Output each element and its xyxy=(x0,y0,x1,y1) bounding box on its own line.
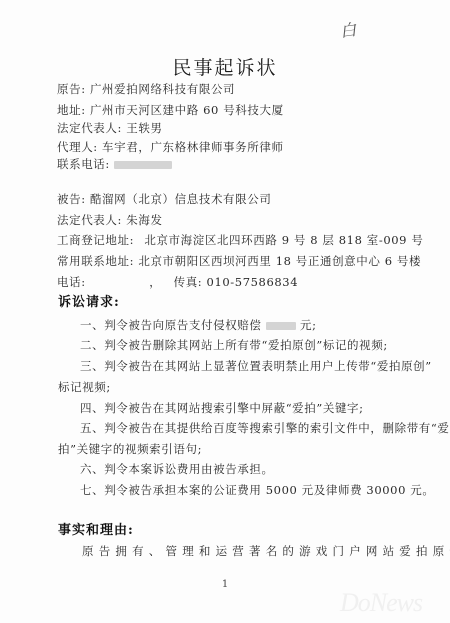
claim-item-3: 三、判令被告在其网站上显著位置表明禁止用户上传带“爱拍原创” xyxy=(80,359,432,373)
defendant-legal-rep-label: 法定代表人: xyxy=(57,213,122,227)
defendant-reg-address-label: 工商登记地址: xyxy=(57,233,134,247)
claims-heading: 诉讼请求: xyxy=(58,296,120,310)
defendant-phone-separator: ， xyxy=(149,275,161,289)
plaintiff-label: 原告: xyxy=(57,82,86,96)
defendant-name-line: 被告: 酷溜网（北京）信息技术有限公司 xyxy=(57,192,271,206)
plaintiff-name-line: 原告: 广州爱拍网络科技有限公司 xyxy=(57,82,235,96)
defendant-reg-address: 北京市海淀区北四环西路 9 号 8 层 818 室-009 号 xyxy=(144,233,423,247)
plaintiff-legal-rep: 王轶男 xyxy=(126,121,162,135)
plaintiff-phone-redacted: 13811181199 xyxy=(114,161,172,169)
claim-item-5: 五、判令被告在其提供给百度等搜索引擎的索引文件中，删除带有“爱 xyxy=(80,421,449,435)
plaintiff-address: 广州市天河区建中路 60 号科技大厦 xyxy=(90,103,284,117)
document-title: 民事起诉状 xyxy=(0,53,450,80)
claim-text: 一、判令被告向原告支付侵权赔偿 xyxy=(80,318,262,332)
facts-paragraph: 原告拥有、管理和运营著名的游戏门户网站爱拍原创网 xyxy=(82,544,450,558)
defendant-contact-address-line: 常用联系地址: 北京市朝阳区西坝河西里 18 号正通创意中心 6 号楼 xyxy=(57,254,421,268)
defendant-legal-rep: 朱海发 xyxy=(126,213,162,227)
claim-item-4: 四、判令被告在其网站搜索引擎中屏蔽“爱拍”关键字; xyxy=(80,401,364,415)
claim-item-5-continued: 拍”关键字的视频索引语句; xyxy=(58,442,202,456)
claim-item-3-continued: 标记视频; xyxy=(58,380,111,394)
plaintiff-agent-line: 代理人: 车宇君，广东格林律师事务所律师 xyxy=(57,140,284,154)
defendant-contact-address: 北京市朝阳区西坝河西里 18 号正通创意中心 6 号楼 xyxy=(138,254,421,268)
claim-item-6: 六、判令本案诉讼费用由被告承担。 xyxy=(80,462,274,476)
defendant-fax: 010-57586834 xyxy=(207,275,299,289)
plaintiff-legal-rep-label: 法定代表人: xyxy=(57,121,122,135)
handwritten-mark: 白 xyxy=(338,17,357,42)
defendant-phone-fax-line: 电话: ， 传真: 010-57586834 xyxy=(57,275,298,289)
claim-item-7: 七、判令被告承担本案的公证费用 5000 元及律师费 30000 元。 xyxy=(80,483,434,497)
document-page: 白 民事起诉状 原告: 广州爱拍网络科技有限公司 地址: 广州市天河区建中路 6… xyxy=(0,0,450,623)
plaintiff-name: 广州爱拍网络科技有限公司 xyxy=(90,82,235,96)
claim-text-suffix: 元; xyxy=(300,318,317,332)
plaintiff-phone-label: 联系电话: xyxy=(57,157,110,171)
defendant-name: 酷溜网（北京）信息技术有限公司 xyxy=(90,192,272,206)
plaintiff-agent: 车宇君，广东格林律师事务所律师 xyxy=(102,140,284,154)
plaintiff-phone-line: 联系电话: 13811181199 xyxy=(57,157,172,171)
facts-heading: 事实和理由: xyxy=(58,524,134,538)
plaintiff-address-label: 地址: xyxy=(57,103,86,117)
claim-item-2: 二、判令被告删除其网站上所有带“爱拍原创”标记的视频; xyxy=(80,338,388,352)
plaintiff-legal-rep-line: 法定代表人: 王轶男 xyxy=(57,121,163,135)
claim-item-1: 一、判令被告向原告支付侵权赔偿 300万 元; xyxy=(80,318,317,332)
defendant-label: 被告: xyxy=(57,192,86,206)
claim-amount-redacted: 300万 xyxy=(266,322,296,330)
defendant-reg-address-line: 工商登记地址: 北京市海淀区北四环西路 9 号 8 层 818 室-009 号 xyxy=(57,233,423,247)
defendant-contact-address-label: 常用联系地址: xyxy=(57,254,134,268)
watermark: DoNews xyxy=(340,588,422,618)
plaintiff-agent-label: 代理人: xyxy=(57,140,98,154)
defendant-phone-label: 电话: xyxy=(57,275,86,289)
defendant-legal-rep-line: 法定代表人: 朱海发 xyxy=(57,213,163,227)
defendant-fax-label: 传真: xyxy=(174,275,203,289)
plaintiff-address-line: 地址: 广州市天河区建中路 60 号科技大厦 xyxy=(57,103,284,117)
